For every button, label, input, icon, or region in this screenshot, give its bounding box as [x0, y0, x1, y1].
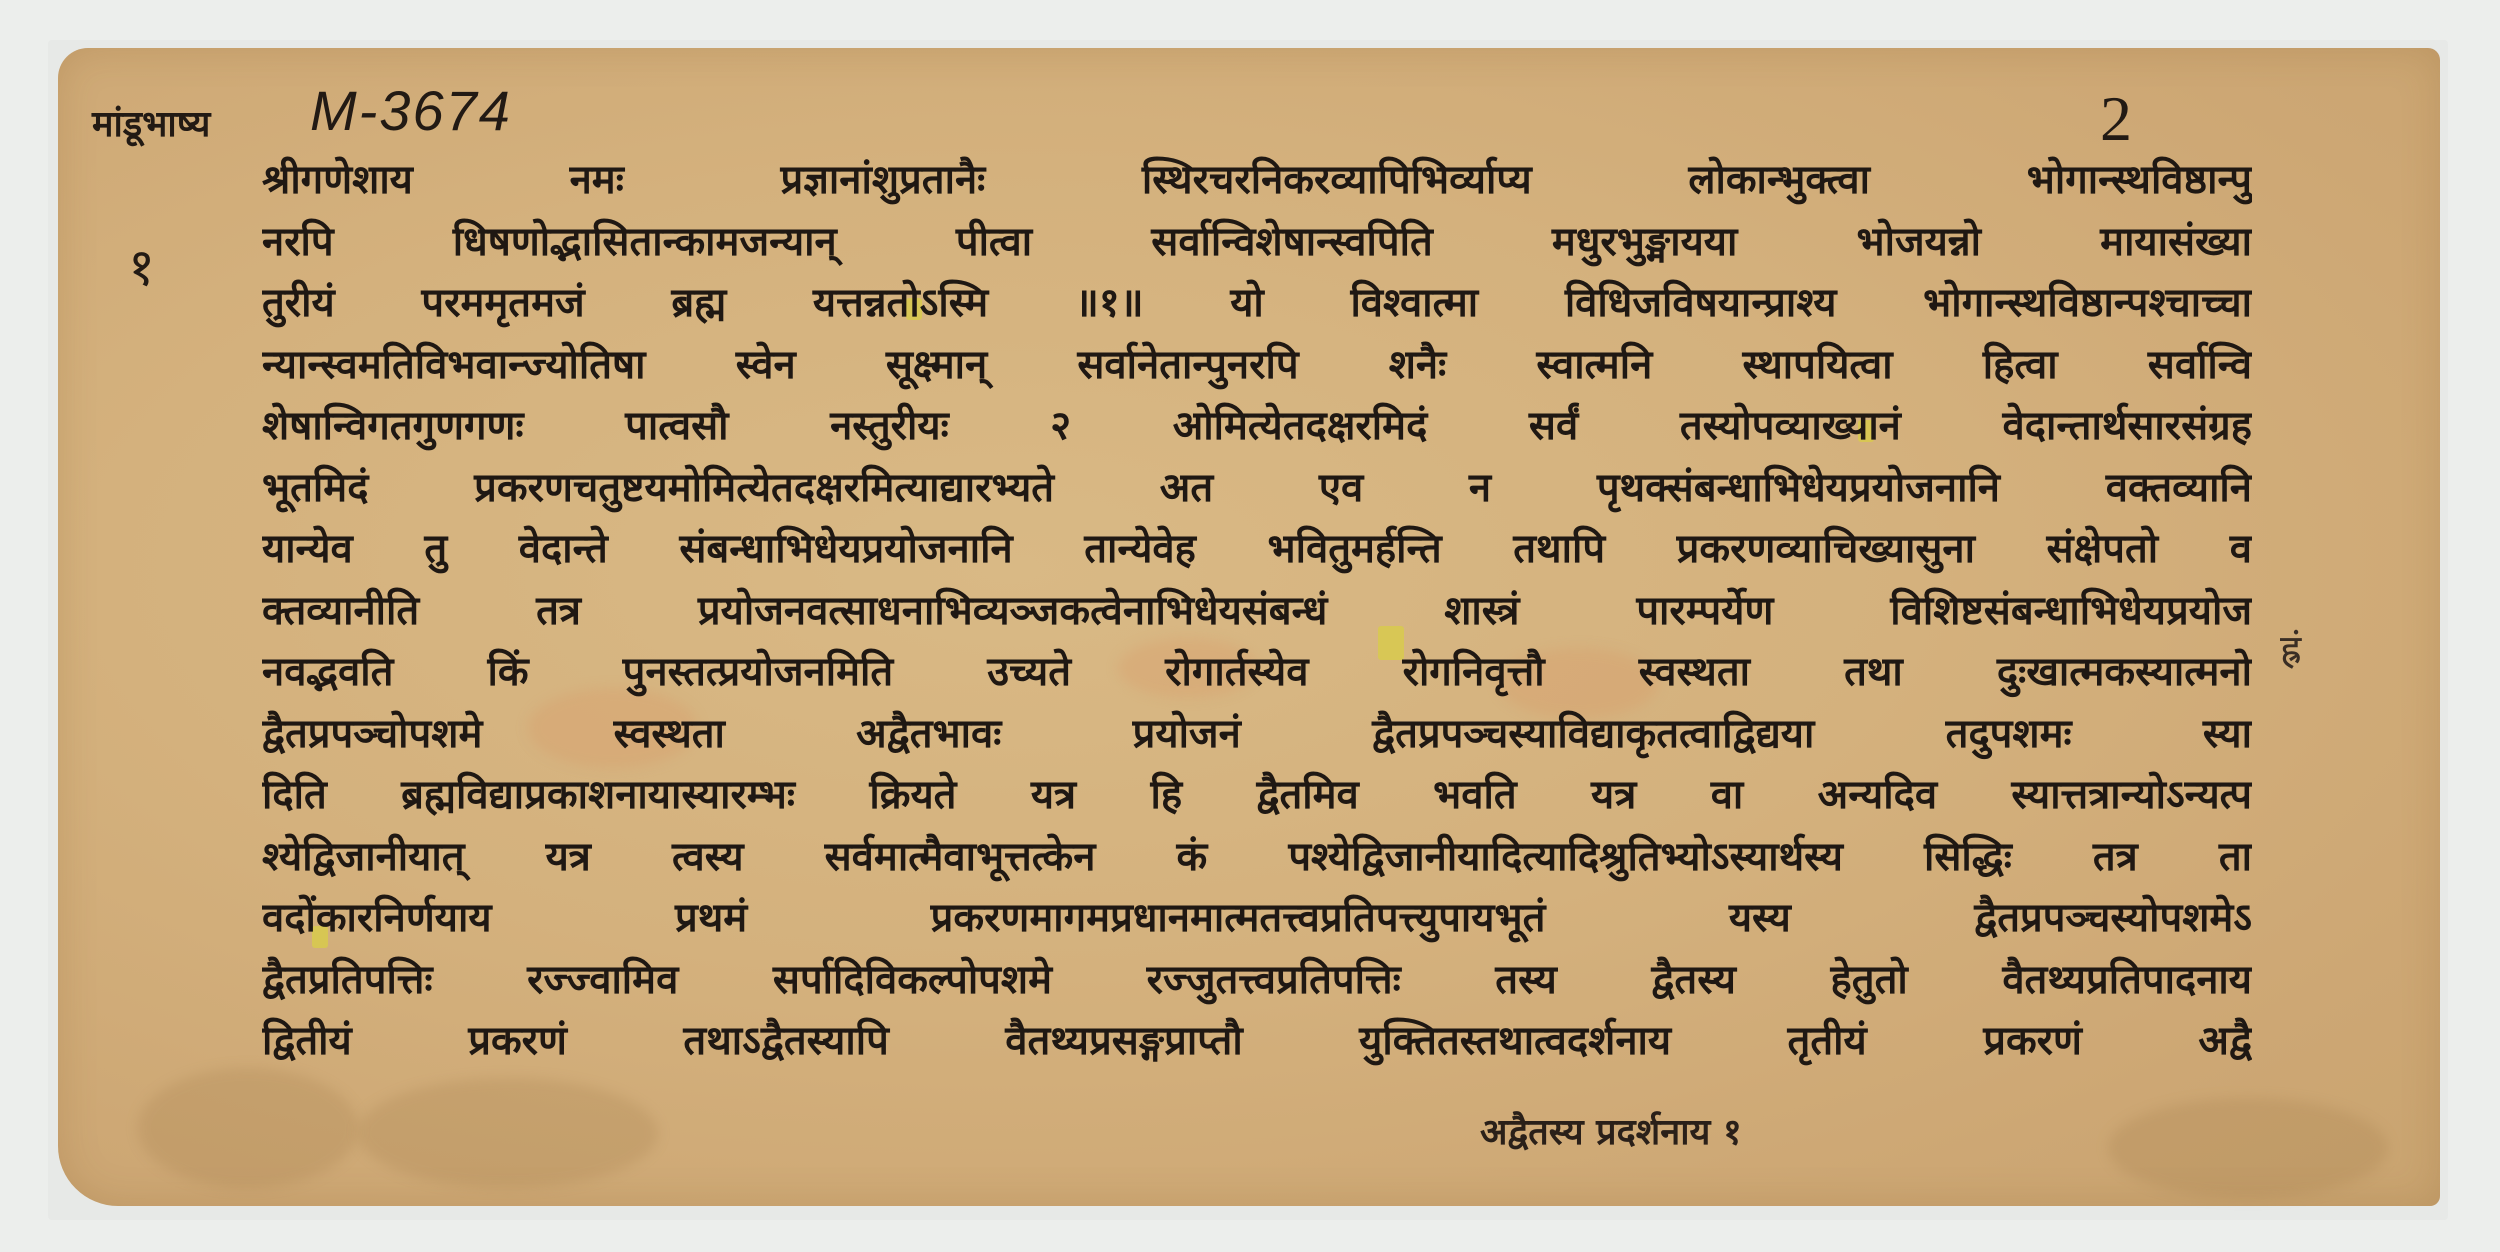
- manuscript-text-block: श्रीगणेशाय नमः प्रज्ञानांशुप्रतानैः स्थि…: [262, 150, 2252, 1073]
- catchword: अद्वैतस्य प्रदर्शनाय १: [1480, 1106, 1742, 1155]
- water-stain: [2108, 1098, 2388, 1198]
- text-line: न्यान्स्वमतिविभवान्ज्योतिषा स्वेन सूक्ष्…: [262, 335, 2252, 397]
- text-line: नरपि धिषणोद्भासितान्कामजन्यान् पीत्वा सर…: [262, 212, 2252, 274]
- text-line: द्वितीयं प्रकरणं तथाऽद्वैतस्यापि वैतथ्यप…: [262, 1011, 2252, 1073]
- margin-title: मांडूभाष्य: [92, 98, 210, 147]
- right-margin-mark: ह्रं: [2280, 620, 2301, 675]
- shelfmark: M-3674: [310, 78, 512, 143]
- text-line: नवद्भवति किं पुनस्तत्प्रयोजनमिति उच्यते …: [262, 642, 2252, 704]
- water-stain: [358, 1078, 658, 1188]
- leaf-number-left: १: [128, 230, 155, 301]
- text-line: द्वैतप्रपञ्चोपशमे स्वस्थता अद्वैतभावः प्…: [262, 704, 2252, 766]
- text-line: श्रीगणेशाय नमः प्रज्ञानांशुप्रतानैः स्थि…: [262, 150, 2252, 212]
- text-line: क्तव्यानीति तत्र प्रयोजनवत्साधनाभिव्यञ्ज…: [262, 581, 2252, 643]
- text-line: भूतमिदं प्रकरणचतुष्टयमोमित्येतदक्षरमित्य…: [262, 458, 2252, 520]
- text-line: द्वैतप्रतिपत्तिः रज्ज्वामिव सर्पादिविकल्…: [262, 950, 2252, 1012]
- text-line: शेषान्विगतगुणगणः पात्वसौ नस्तुरीयः २ ओमि…: [262, 396, 2252, 458]
- water-stain: [138, 1068, 358, 1188]
- folio-number: 2: [2100, 82, 2132, 156]
- text-line: यान्येव तु वेदान्ते संबन्धाभिधेयप्रयोजना…: [262, 519, 2252, 581]
- text-line: तुरीयं परममृतमजं ब्रह्म यत्तन्नतोऽस्मि ॥…: [262, 273, 2252, 335]
- text-line: श्येद्विजानीयात् यत्र त्वस्य सर्वमात्मैव…: [262, 827, 2252, 889]
- text-line: दिति ब्रह्मविद्याप्रकाशनायास्यारम्भः क्र…: [262, 765, 2252, 827]
- text-line: वदोंकारनिर्णयाय प्रथमं प्रकरणमागमप्रधानम…: [262, 888, 2252, 950]
